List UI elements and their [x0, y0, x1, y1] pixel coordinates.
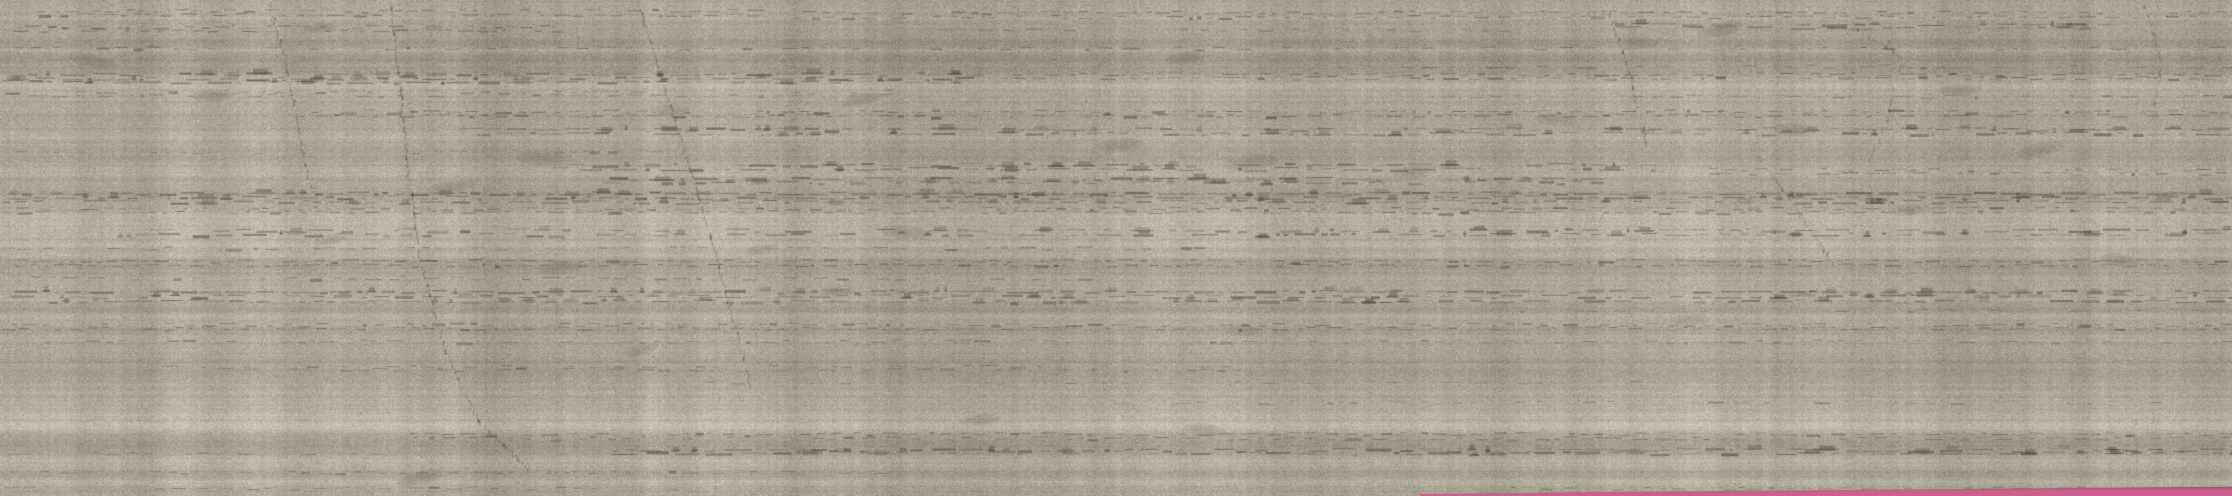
wood-plank-texture-photo — [0, 0, 2232, 496]
wood-plank-texture-canvas — [0, 0, 2232, 496]
